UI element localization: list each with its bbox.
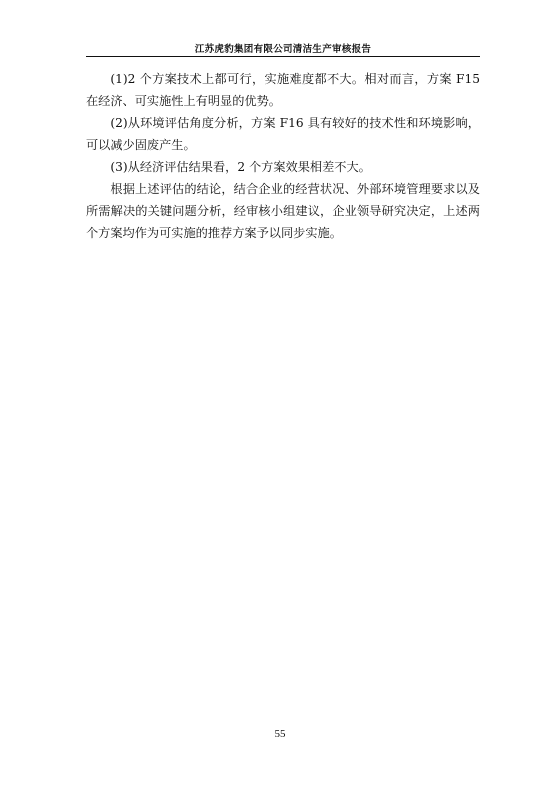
document-header-title: 江苏虎豹集团有限公司清洁生产审核报告	[86, 41, 480, 55]
paragraph-conclusion-2: (2)从环境评估角度分析，方案 F16 具有较好的技术性和环境影响，可以减少固废…	[86, 112, 480, 156]
paragraph-conclusion-1: (1)2 个方案技术上都可行，实施难度都不大。相对而言，方案 F15 在经济、可…	[86, 68, 480, 112]
paragraph-conclusion-3: (3)从经济评估结果看，2 个方案效果相差不大。	[86, 156, 480, 178]
paragraph-decision: 根据上述评估的结论，结合企业的经营状况、外部环境管理要求以及所需解决的关键问题分…	[86, 178, 480, 244]
document-body: (1)2 个方案技术上都可行，实施难度都不大。相对而言，方案 F15 在经济、可…	[86, 68, 480, 244]
header-divider	[86, 56, 480, 57]
page-number: 55	[0, 728, 560, 740]
